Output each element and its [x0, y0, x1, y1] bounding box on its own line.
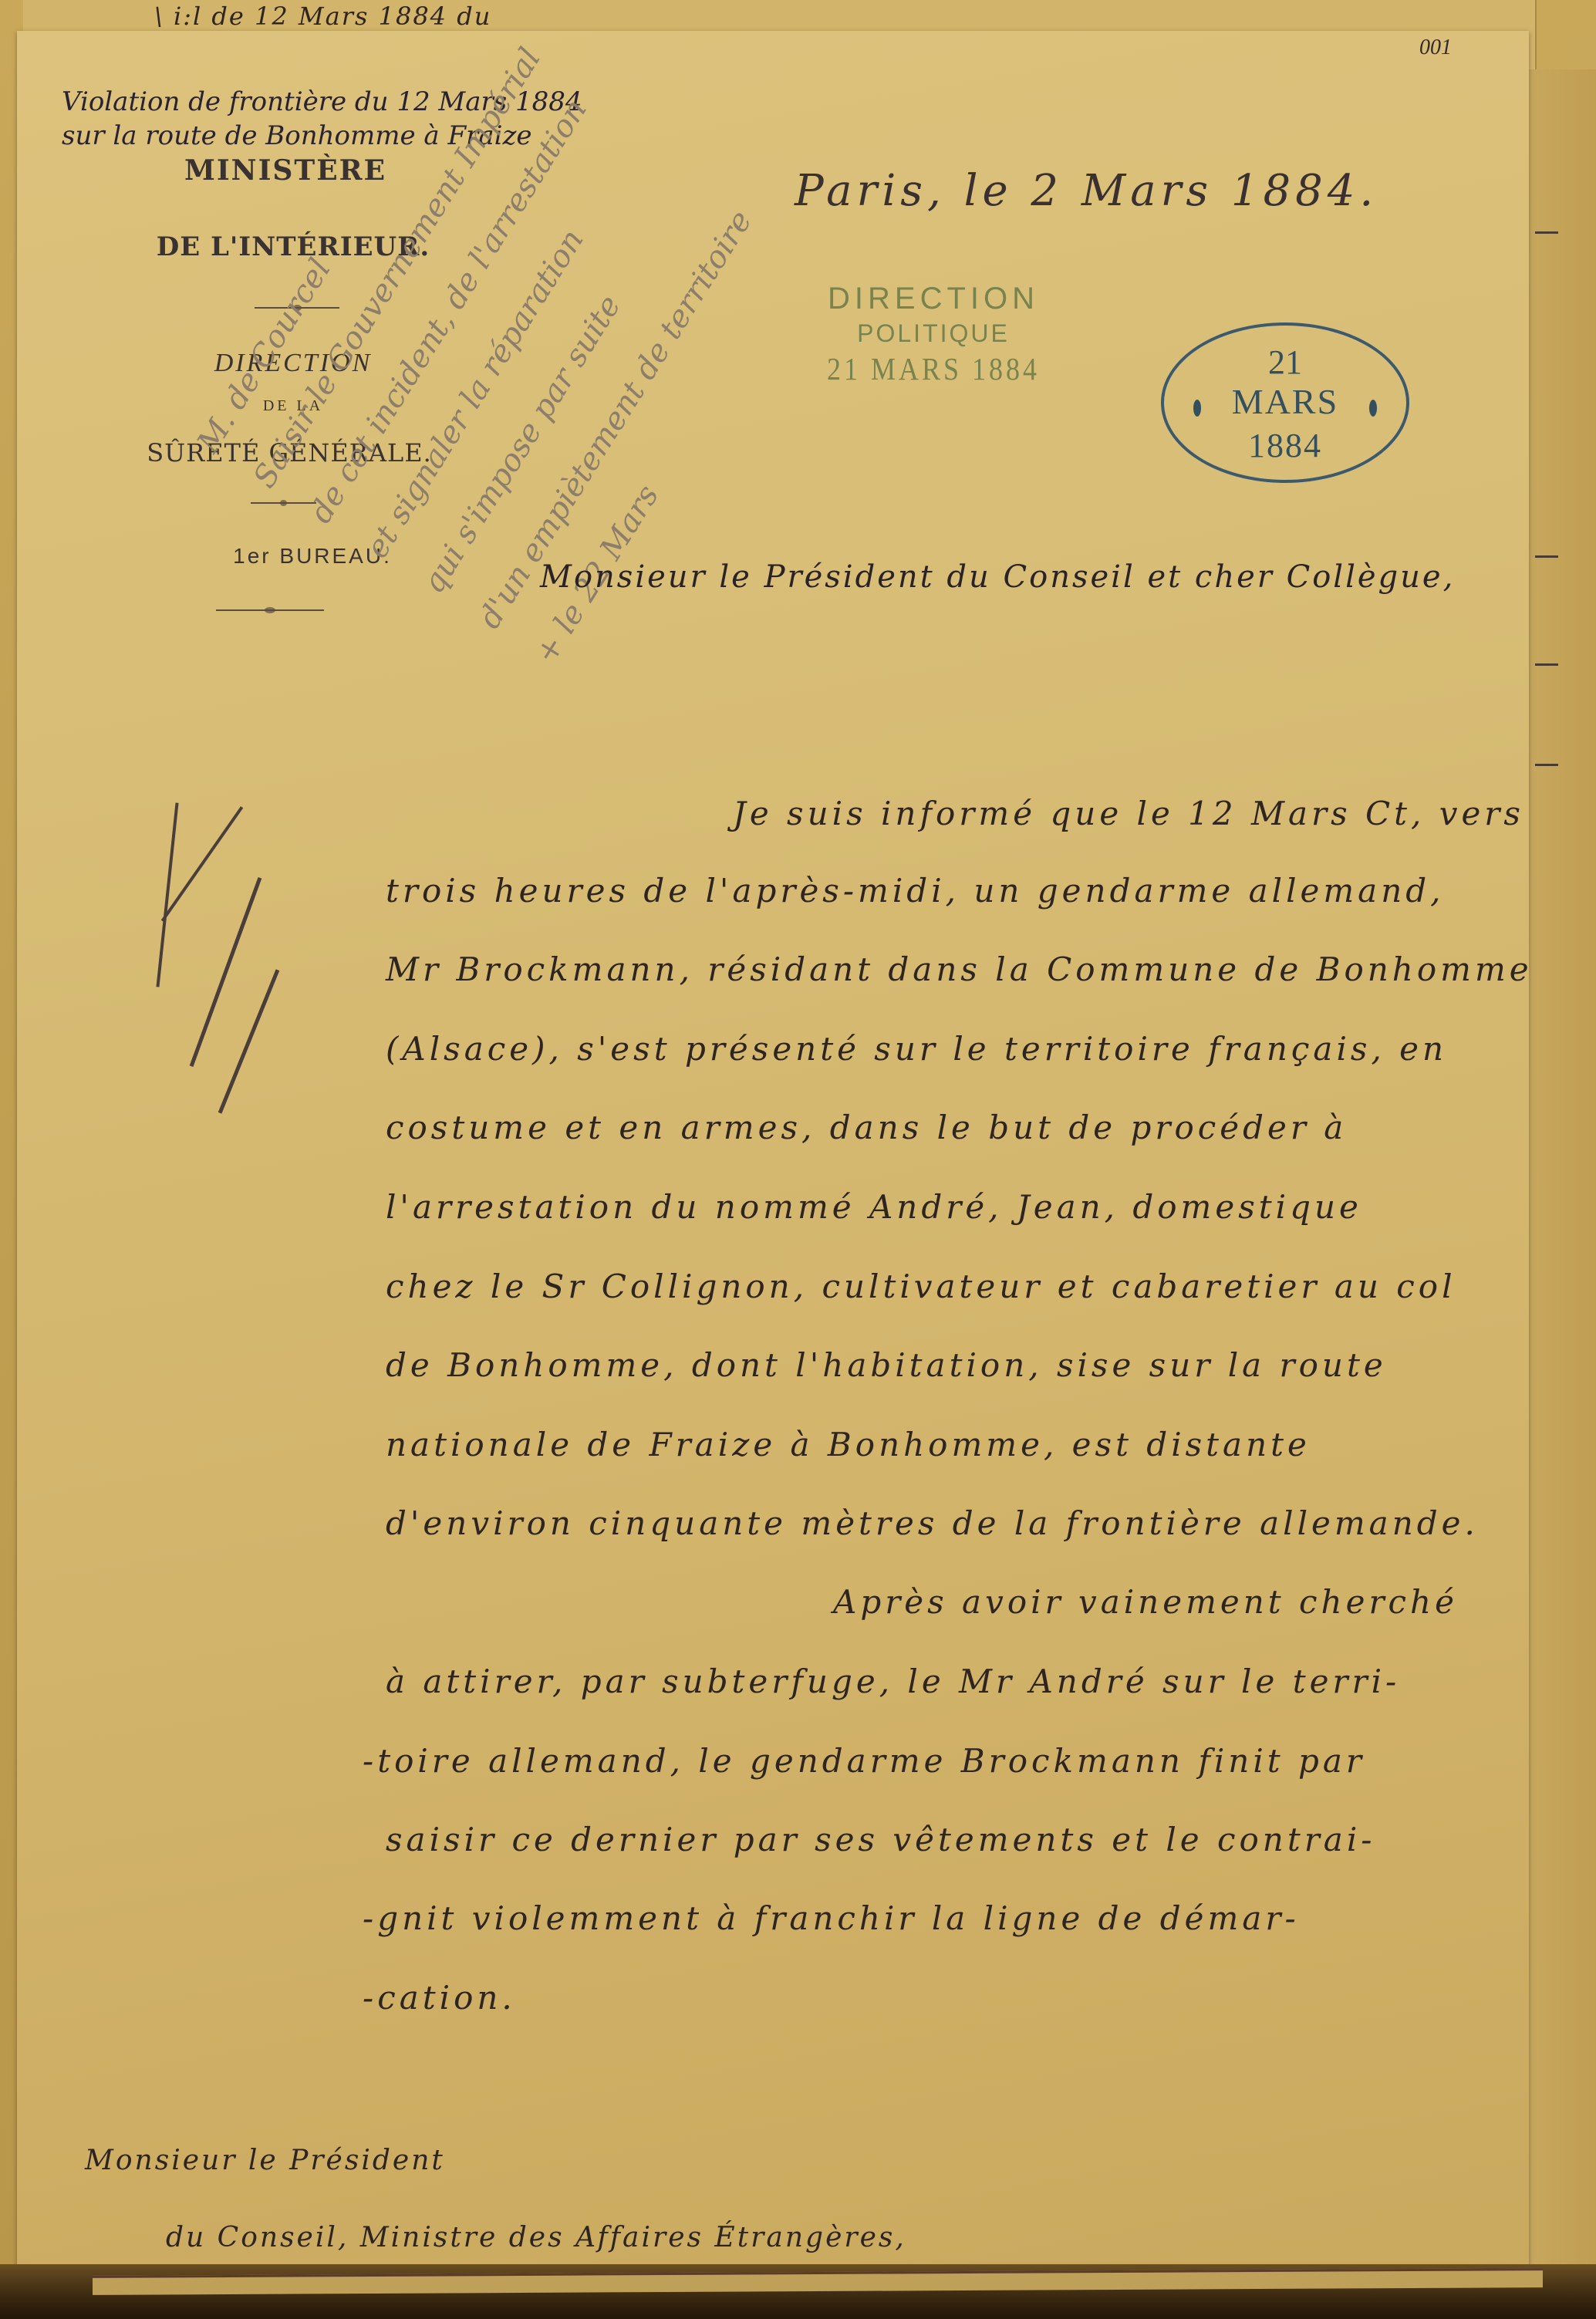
stamp-line-3: 21 MARS 1884 [787, 350, 1080, 387]
body-line: (Alsace), s'est présenté sur le territoi… [386, 1030, 1447, 1068]
folio-number: 001 [1419, 35, 1452, 60]
body-line: -toire allemand, le gendarme Brockmann f… [363, 1742, 1365, 1780]
body-line: -gnit violemment à franchir la ligne de … [363, 1899, 1300, 1937]
body-line: de Bonhomme, dont l'habitation, sise sur… [386, 1346, 1387, 1384]
body-line: chez le Sr Collignon, cultivateur et cab… [386, 1268, 1456, 1305]
stamp-day: 21 [1164, 343, 1406, 382]
oval-date-stamp: 21 MARS 1884 [1161, 322, 1409, 483]
body-line: à attirer, par subterfuge, le Mr André s… [386, 1662, 1400, 1700]
direction-politique-stamp: DIRECTION POLITIQUE 21 MARS 1884 [787, 282, 1080, 385]
body-line: l'arrestation du nommé André, Jean, dome… [386, 1188, 1362, 1226]
edge-mark [1535, 764, 1558, 766]
body-line: saisir ce dernier par ses vêtements et l… [386, 1821, 1375, 1858]
stamp-line-2: POLITIQUE [787, 319, 1080, 348]
date-line: Paris, le 2 Mars 1884. [795, 166, 1378, 216]
stamp-year: 1884 [1164, 426, 1406, 465]
body-line: Après avoir vainement cherché [833, 1583, 1458, 1621]
right-underlying-sheet [1527, 69, 1596, 2276]
body-line: trois heures de l'après-midi, un gendarm… [386, 872, 1445, 910]
edge-mark [1535, 231, 1558, 234]
underlying-sheet-text: \ i:l de 12 Mars 1884 du [154, 2, 849, 31]
body-line: Je suis informé que le 12 Mars Ct, vers [733, 795, 1524, 832]
body-line: Mr Brockmann, résidant dans la Commune d… [386, 950, 1533, 988]
edge-mark [1535, 663, 1558, 666]
addressee-line-2: du Conseil, Ministre des Affaires Étrang… [166, 2222, 906, 2253]
body-line: costume et en armes, dans le but de proc… [386, 1109, 1347, 1146]
body-line: nationale de Fraize à Bonhomme, est dist… [386, 1426, 1311, 1463]
edge-mark [1535, 555, 1558, 558]
body-line: d'environ cinquante mètres de la frontiè… [386, 1504, 1479, 1542]
salutation: Monsieur le Président du Conseil et cher… [540, 559, 1455, 595]
body-line: -cation. [363, 1979, 516, 2017]
stamp-diamond-icon [1369, 400, 1377, 417]
addressee-line-1: Monsieur le Président [85, 2145, 445, 2176]
stamp-line-1: DIRECTION [787, 282, 1080, 316]
ornament-divider [216, 609, 324, 611]
